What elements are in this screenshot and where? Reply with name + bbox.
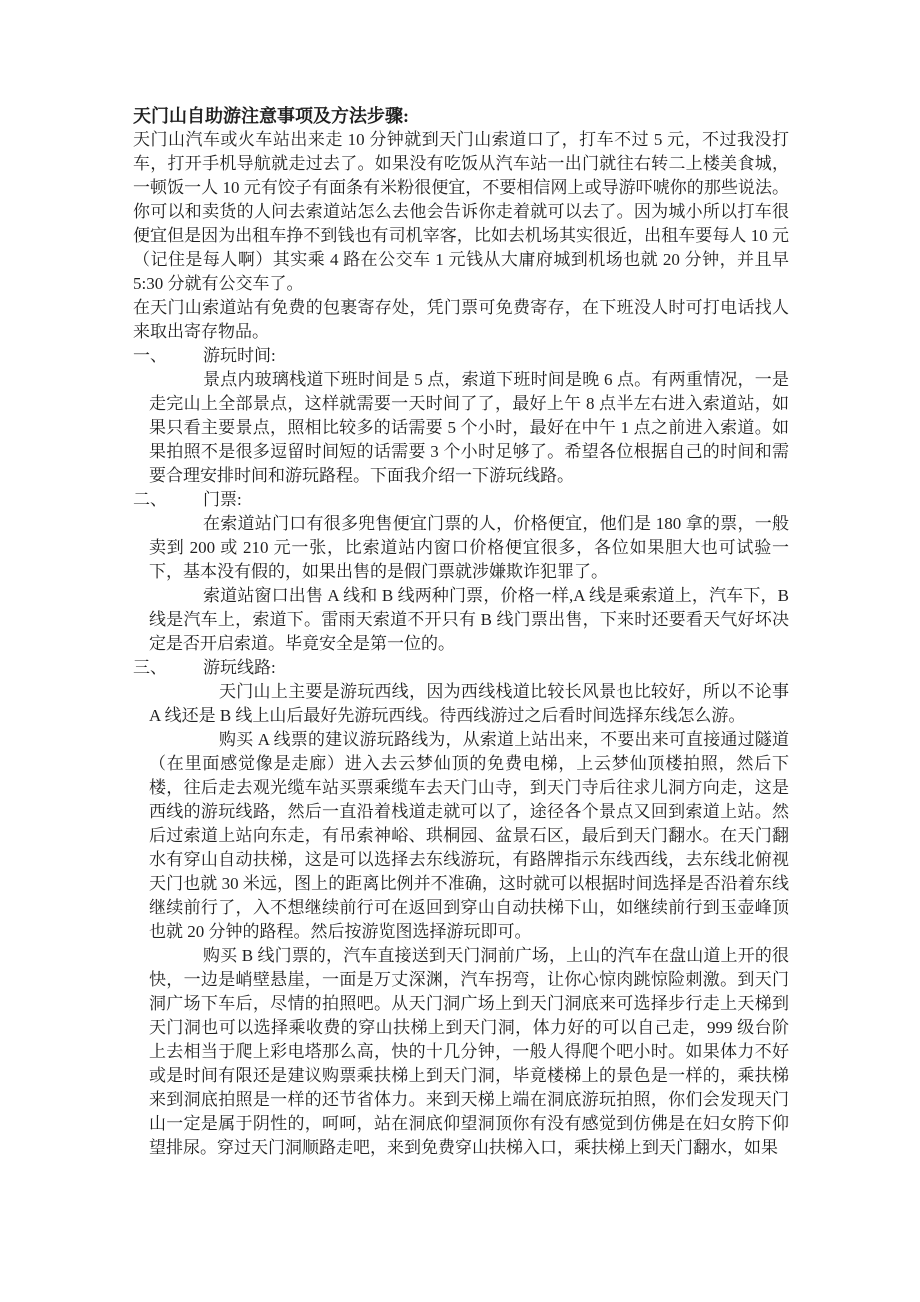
section-3-paragraph-3: 购买 B 线门票的，汽车直接送到天门洞前广场，上山的汽车在盘山道上开的很快，一边… [149, 944, 789, 1160]
document-page: 天门山自助游注意事项及方法步骤: 天门山汽车或火车站出来走 10 分钟就到天门山… [133, 104, 789, 1160]
section-3-heading: 游玩线路: [203, 658, 276, 677]
section-3-heading-row: 三、游玩线路: [133, 656, 789, 680]
section-2-paragraph-2: 索道站窗口出售 A 线和 B 线两种门票，价格一样,A 线是乘索道上，汽车下，B… [149, 584, 789, 656]
section-3-number: 三、 [133, 656, 203, 680]
intro-paragraph-1: 天门山汽车或火车站出来走 10 分钟就到天门山索道口了，打车不过 5 元，不过我… [133, 128, 789, 296]
section-2-heading: 门票: [203, 490, 242, 509]
section-1-heading: 游玩时间: [203, 346, 276, 365]
section-3-paragraph-1: 天门山上主要是游玩西线，因为西线栈道比较长风景也比较好，所以不论事 A 线还是 … [149, 680, 789, 728]
document-title: 天门山自助游注意事项及方法步骤: [133, 104, 789, 128]
intro-paragraph-2: 在天门山索道站有免费的包裹寄存处，凭门票可免费寄存，在下班没人时可打电话找人来取… [133, 296, 789, 344]
section-3-paragraph-2: 购买 A 线票的建议游玩路线为，从索道上站出来，不要出来可直接通过隧道（在里面感… [149, 728, 789, 944]
section-1-heading-row: 一、游玩时间: [133, 344, 789, 368]
section-2-number: 二、 [133, 488, 203, 512]
section-2-heading-row: 二、门票: [133, 488, 789, 512]
section-1-paragraph-1: 景点内玻璃栈道下班时间是 5 点，索道下班时间是晚 6 点。有两重情况，一是走完… [149, 368, 789, 488]
section-2-paragraph-1: 在索道站门口有很多兜售便宜门票的人，价格便宜，他们是 180 拿的票，一般卖到 … [149, 512, 789, 584]
section-1-number: 一、 [133, 344, 203, 368]
